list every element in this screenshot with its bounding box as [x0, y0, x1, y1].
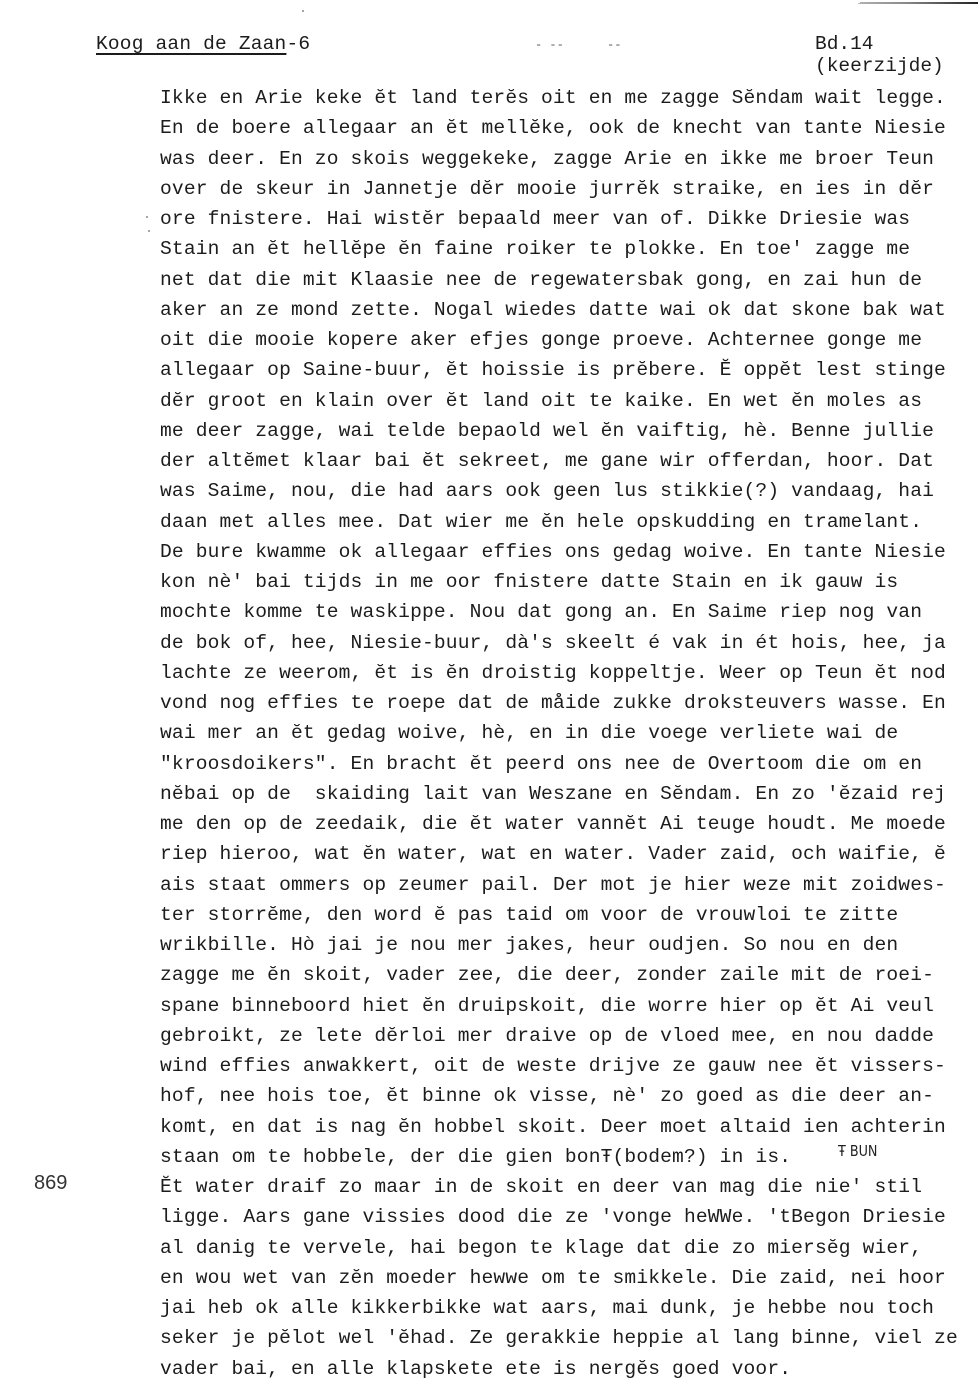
text-line: ais staat ommers op zeumer pail. Der mot… — [160, 870, 958, 900]
text-line: dĕr groot en klain over ĕt land oit te k… — [160, 386, 958, 416]
text-line: me deer zagge, wai telde bepaold wel ĕn … — [160, 416, 958, 446]
text-line: de bok of, hee, Niesie-buur, dà's skeelt… — [160, 628, 958, 658]
volume-number: Bd.14 — [815, 33, 944, 55]
page-top-rule — [860, 2, 978, 4]
text-line: zagge me ĕn skoit, vader zee, die deer, … — [160, 960, 958, 990]
text-line: mochte komme te waskippe. Nou dat gong a… — [160, 597, 958, 627]
scan-speck — [146, 216, 148, 218]
location-page-suffix: -6 — [286, 33, 310, 55]
scan-speck — [148, 230, 150, 232]
text-line: En de boere allegaar an ĕt mellĕke, ook … — [160, 113, 958, 143]
text-line: over de skeur in Jannetje dĕr mooie jurr… — [160, 174, 958, 204]
text-line: wrikbille. Hò jai je nou mer jakes, heur… — [160, 930, 958, 960]
text-line: riep hieroo, wat ĕn water, wat en water.… — [160, 839, 958, 869]
text-line: ligge. Aars gane vissies dood die ze 'vo… — [160, 1202, 958, 1232]
margin-line-number: 869 — [34, 1172, 67, 1195]
scan-speck — [302, 10, 304, 12]
text-line: ore fnistere. Hai wistĕr bepaald meer va… — [160, 204, 958, 234]
text-line: allegaar op Saine-buur, ĕt hoissie is pr… — [160, 355, 958, 385]
document-location-heading: Koog aan de Zaan-6 — [96, 33, 310, 55]
text-line: vond nog effies te roepe dat de måide zu… — [160, 688, 958, 718]
text-line: wind effies anwakkert, oit de weste drij… — [160, 1051, 958, 1081]
header-stray-marks: - -- -- — [535, 38, 621, 52]
text-line: komt, en dat is nag ĕn hobbel skoit. Dee… — [160, 1112, 958, 1142]
location-name: Koog aan de Zaan — [96, 33, 286, 55]
text-line: nĕbai op de skaiding lait van Weszane en… — [160, 779, 958, 809]
text-line: was Saime, nou, die had aars ook geen lu… — [160, 476, 958, 506]
text-line: kon nè' bai tijds in me oor fnistere dat… — [160, 567, 958, 597]
text-line: jai heb ok alle kikkerbikke wat aars, ma… — [160, 1293, 958, 1323]
text-line: was deer. En zo skois weggekeke, zagge A… — [160, 144, 958, 174]
text-line: hof, nee hois toe, ĕt binne ok visse, nè… — [160, 1081, 958, 1111]
text-line: "kroosdoikers". En bracht ĕt peerd ons n… — [160, 749, 958, 779]
page-side-label: (keerzijde) — [815, 55, 944, 77]
text-line: al danig te vervele, hai begon te klage … — [160, 1233, 958, 1263]
text-line: lachte ze weerom, ĕt is ĕn droistig kopp… — [160, 658, 958, 688]
text-line: der altĕmet klaar bai ĕt sekreet, me gan… — [160, 446, 958, 476]
text-line: spane binneboord hiet ĕn druipskoit, die… — [160, 991, 958, 1021]
text-line: De bure kwamme ok allegaar effies ons ge… — [160, 537, 958, 567]
text-line: ter storrĕme, den word ĕ pas taid om voo… — [160, 900, 958, 930]
text-line: Ĕt water draif zo maar in de skoit en de… — [160, 1172, 958, 1202]
text-line: gebroikt, ze lete dĕrloi mer draive op d… — [160, 1021, 958, 1051]
text-line: en wou wet van zĕn moeder hewwe om te sm… — [160, 1263, 958, 1293]
dialect-transcription-body: Ikke en Arie keke ĕt land terĕs oit en m… — [160, 83, 958, 1384]
text-line: seker je pĕlot wel 'ĕhad. Ze gerakkie he… — [160, 1323, 958, 1353]
text-line: oit die mooie kopere aker efjes gonge pr… — [160, 325, 958, 355]
text-line: me den op de zeedaik, die ĕt water vannĕ… — [160, 809, 958, 839]
text-line: wai mer an ĕt gedag woive, hè, en in die… — [160, 718, 958, 748]
scan-speck — [178, 1212, 180, 1214]
handwritten-annotation: Ŧ BUN — [838, 1142, 877, 1160]
text-line: Ikke en Arie keke ĕt land terĕs oit en m… — [160, 83, 958, 113]
text-line: net dat die mit Klaasie nee de regewater… — [160, 265, 958, 295]
volume-reference: Bd.14(keerzijde) — [815, 33, 944, 77]
text-line: daan met alles mee. Dat wier me ĕn hele … — [160, 507, 958, 537]
text-line: aker an ze mond zette. Nogal wiedes datt… — [160, 295, 958, 325]
text-line: vader bai, en alle klapskete ete is nerg… — [160, 1354, 958, 1384]
text-line: Stain an ĕt hellĕpe ĕn faine roiker te p… — [160, 234, 958, 264]
